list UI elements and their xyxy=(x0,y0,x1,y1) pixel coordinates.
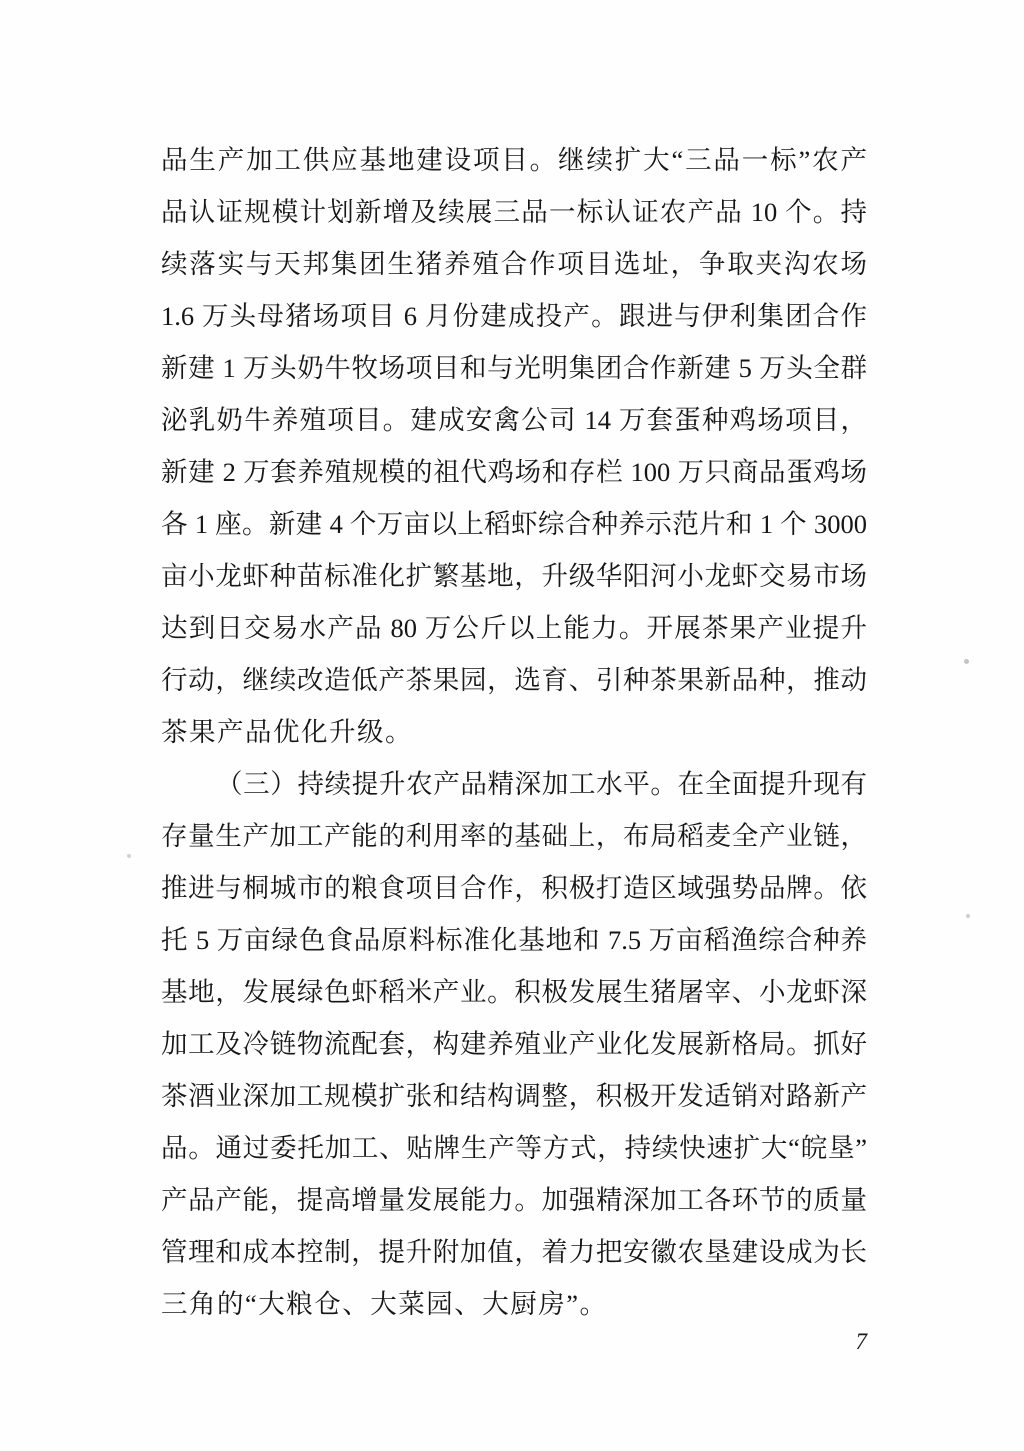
text-line: 托 5 万亩绿色食品原料标准化基地和 7.5 万亩稻渔综合种养 xyxy=(161,914,867,966)
body-text: 品生产加工供应基地建设项目。继续扩大“三品一标”农产 品认证规模计划新增及续展三… xyxy=(161,134,867,1330)
document-page: 品生产加工供应基地建设项目。继续扩大“三品一标”农产 品认证规模计划新增及续展三… xyxy=(0,0,1024,1451)
text-line: 品。通过委托加工、贴牌生产等方式，持续快速扩大“皖垦” xyxy=(161,1122,867,1174)
text-line: 品生产加工供应基地建设项目。继续扩大“三品一标”农产 xyxy=(161,134,867,186)
text-line: 茶果产品优化升级。 xyxy=(161,706,867,758)
text-line: 产品产能，提高增量发展能力。加强精深加工各环节的质量 xyxy=(161,1174,867,1226)
scan-speck xyxy=(964,659,969,664)
scan-speck xyxy=(966,914,970,918)
text-line: 茶酒业深加工规模扩张和结构调整，积极开发适销对路新产 xyxy=(161,1070,867,1122)
text-line: 管理和成本控制，提升附加值，着力把安徽农垦建设成为长 xyxy=(161,1226,867,1278)
text-line: 续落实与天邦集团生猪养殖合作项目选址，争取夹沟农场 xyxy=(161,238,867,290)
text-line: 各 1 座。新建 4 个万亩以上稻虾综合种养示范片和 1 个 3000 xyxy=(161,498,867,550)
text-line: 达到日交易水产品 80 万公斤以上能力。开展茶果产业提升 xyxy=(161,602,867,654)
text-line: 三角的“大粮仓、大菜园、大厨房”。 xyxy=(161,1278,867,1330)
text-line: 加工及冷链物流配套，构建养殖业产业化发展新格局。抓好 xyxy=(161,1018,867,1070)
text-line: 新建 2 万套养殖规模的祖代鸡场和存栏 100 万只商品蛋鸡场 xyxy=(161,446,867,498)
text-line: 新建 1 万头奶牛牧场项目和与光明集团合作新建 5 万头全群 xyxy=(161,342,867,394)
page-number: 7 xyxy=(161,1326,867,1358)
section-heading-line: （三）持续提升农产品精深加工水平。在全面提升现有 xyxy=(161,758,867,810)
text-line: 行动，继续改造低产茶果园，选育、引种茶果新品种，推动 xyxy=(161,654,867,706)
scan-speck xyxy=(127,854,131,858)
text-line: 基地，发展绿色虾稻米产业。积极发展生猪屠宰、小龙虾深 xyxy=(161,966,867,1018)
text-line: 品认证规模计划新增及续展三品一标认证农产品 10 个。持 xyxy=(161,186,867,238)
text-line: 亩小龙虾种苗标准化扩繁基地，升级华阳河小龙虾交易市场 xyxy=(161,550,867,602)
text-line: 存量生产加工产能的利用率的基础上，布局稻麦全产业链， xyxy=(161,810,867,862)
text-line: 1.6 万头母猪场项目 6 月份建成投产。跟进与伊利集团合作 xyxy=(161,290,867,342)
text-line: 推进与桐城市的粮食项目合作，积极打造区域强势品牌。依 xyxy=(161,862,867,914)
text-line: 泌乳奶牛养殖项目。建成安禽公司 14 万套蛋种鸡场项目， xyxy=(161,394,867,446)
